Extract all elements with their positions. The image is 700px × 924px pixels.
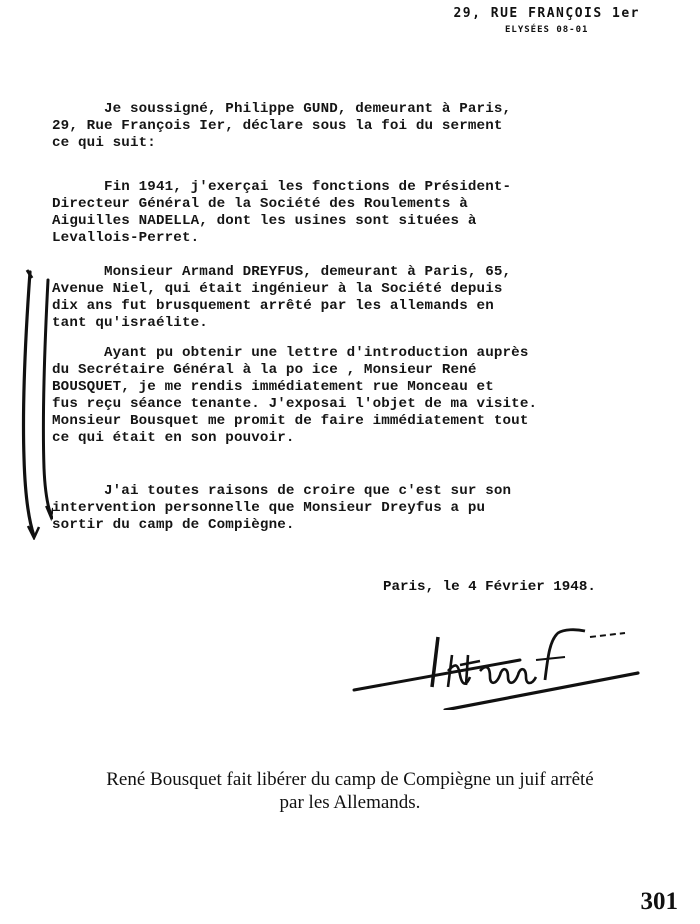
caption-line-1: René Bousquet fait libérer du camp de Co… xyxy=(0,768,700,791)
letter-paragraph-arrest: Monsieur Armand DREYFUS, demeurant à Par… xyxy=(52,264,511,332)
letterhead: 29, RUE FRANÇOIS 1er ELYSÉES 08-01 xyxy=(453,6,640,35)
letterhead-address: 29, RUE FRANÇOIS 1er xyxy=(453,6,640,21)
figure-caption: René Bousquet fait libérer du camp de Co… xyxy=(0,768,700,814)
letter-paragraph-declaration: Je soussigné, Philippe GUND, demeurant à… xyxy=(52,101,511,152)
letter-paragraph-position: Fin 1941, j'exerçai les fonctions de Pré… xyxy=(52,179,511,247)
letterhead-phone: ELYSÉES 08-01 xyxy=(453,25,640,35)
letter-paragraph-conclusion: J'ai toutes raisons de croire que c'est … xyxy=(52,483,511,534)
letter-date-line: Paris, le 4 Février 1948. xyxy=(383,579,596,595)
letter-paragraph-visit: Ayant pu obtenir une lettre d'introducti… xyxy=(52,345,537,447)
page-number: 301 xyxy=(641,888,679,916)
margin-bracket-mark xyxy=(8,268,53,540)
caption-line-2: par les Allemands. xyxy=(0,791,700,814)
signature-image xyxy=(340,615,640,710)
